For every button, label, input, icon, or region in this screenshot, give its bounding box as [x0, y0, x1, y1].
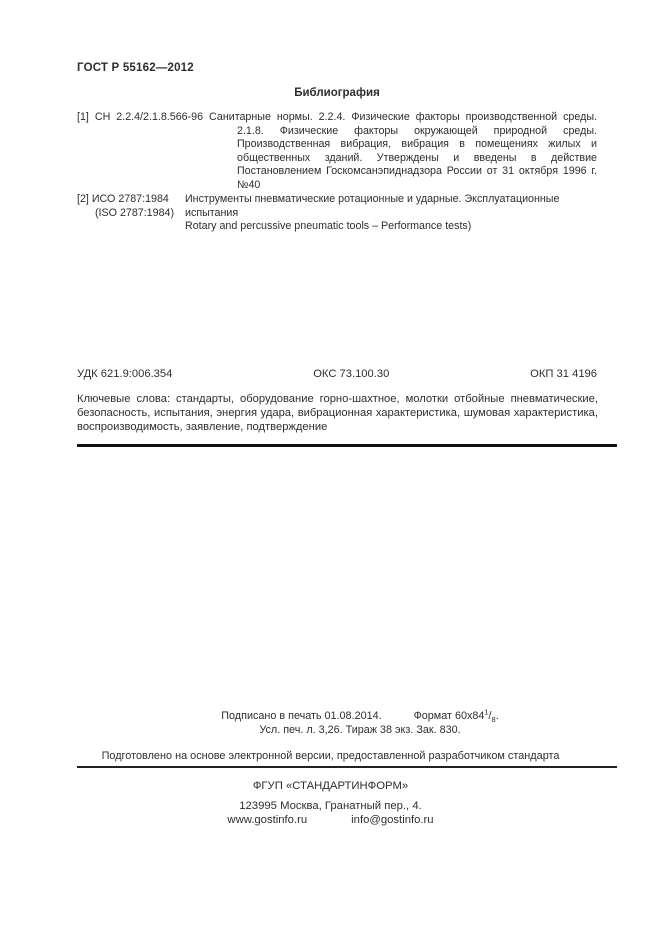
bib-entry-2-titles: Инструменты пневматические ротационные и…	[185, 193, 597, 234]
bib-title-2-en: Rotary and percussive pneumatic tools – …	[185, 220, 597, 234]
publisher-contact-block: 123995 Москва, Гранатный пер., 4. www.go…	[0, 800, 661, 827]
bib-ref-1: [1]	[77, 111, 89, 123]
bib-title-2-ru: Инструменты пневматические ротационные и…	[185, 193, 597, 220]
prepared-note: Подготовлено на основе электронной верси…	[0, 750, 661, 762]
publisher-web-row: www.gostinfo.ruinfo@gostinfo.ru	[0, 814, 661, 828]
bib-ref-2: [2]	[77, 193, 89, 205]
bibliography-entry-2: [2] ИСО 2787:1984 (ISO 2787:1984) Инстру…	[77, 193, 597, 234]
imprint-block: Подписано в печать 01.08.2014.Формат 60х…	[90, 709, 630, 737]
format-end: .	[496, 710, 499, 722]
separator-rule-thin	[77, 766, 617, 768]
document-page: ГОСТ Р 55162—2012 Библиография [1] СН 2.…	[0, 0, 661, 935]
bib-code-2-en: (ISO 2787:1984)	[77, 207, 185, 221]
okp-code: ОКП 31 4196	[530, 368, 597, 380]
format-label: Формат 60х84	[414, 710, 485, 722]
bib-code-1: СН 2.2.4/2.1.8.566-96	[95, 111, 203, 123]
imprint-line-1: Подписано в печать 01.08.2014.Формат 60х…	[90, 709, 630, 723]
classification-codes-row: УДК 621.9:006.354 ОКС 73.100.30 ОКП 31 4…	[77, 368, 597, 380]
separator-rule-thick	[77, 444, 617, 447]
publisher-name: ФГУП «СТАНДАРТИНФОРМ»	[0, 780, 661, 792]
oks-code: ОКС 73.100.30	[313, 368, 389, 380]
udk-code: УДК 621.9:006.354	[77, 368, 172, 380]
publisher-address: 123995 Москва, Гранатный пер., 4.	[0, 800, 661, 814]
bib-entry-2-codes: [2] ИСО 2787:1984 (ISO 2787:1984)	[77, 193, 185, 234]
bib-code-2-ru: [2] ИСО 2787:1984	[77, 193, 185, 207]
doc-code: ГОСТ Р 55162—2012	[77, 62, 194, 74]
imprint-format: Формат 60х841/8.	[414, 710, 499, 722]
publisher-website: www.gostinfo.ru	[227, 814, 307, 826]
imprint-signed: Подписано в печать 01.08.2014.	[221, 710, 381, 722]
keywords-paragraph: Ключевые слова: стандарты, оборудование …	[77, 393, 598, 434]
section-title: Библиография	[77, 87, 597, 99]
bib-code-2: ИСО 2787:1984	[92, 193, 169, 205]
bibliography-entry-1: [1] СН 2.2.4/2.1.8.566-96 Санитарные нор…	[77, 111, 597, 192]
publisher-email: info@gostinfo.ru	[351, 814, 433, 826]
bibliography-section: [1] СН 2.2.4/2.1.8.566-96 Санитарные нор…	[77, 111, 597, 234]
imprint-print-info: Усл. печ. л. 3,26. Тираж 38 экз. Зак. 83…	[90, 723, 630, 737]
bib-text-1: Санитарные нормы. 2.2.4. Физические факт…	[209, 111, 597, 191]
